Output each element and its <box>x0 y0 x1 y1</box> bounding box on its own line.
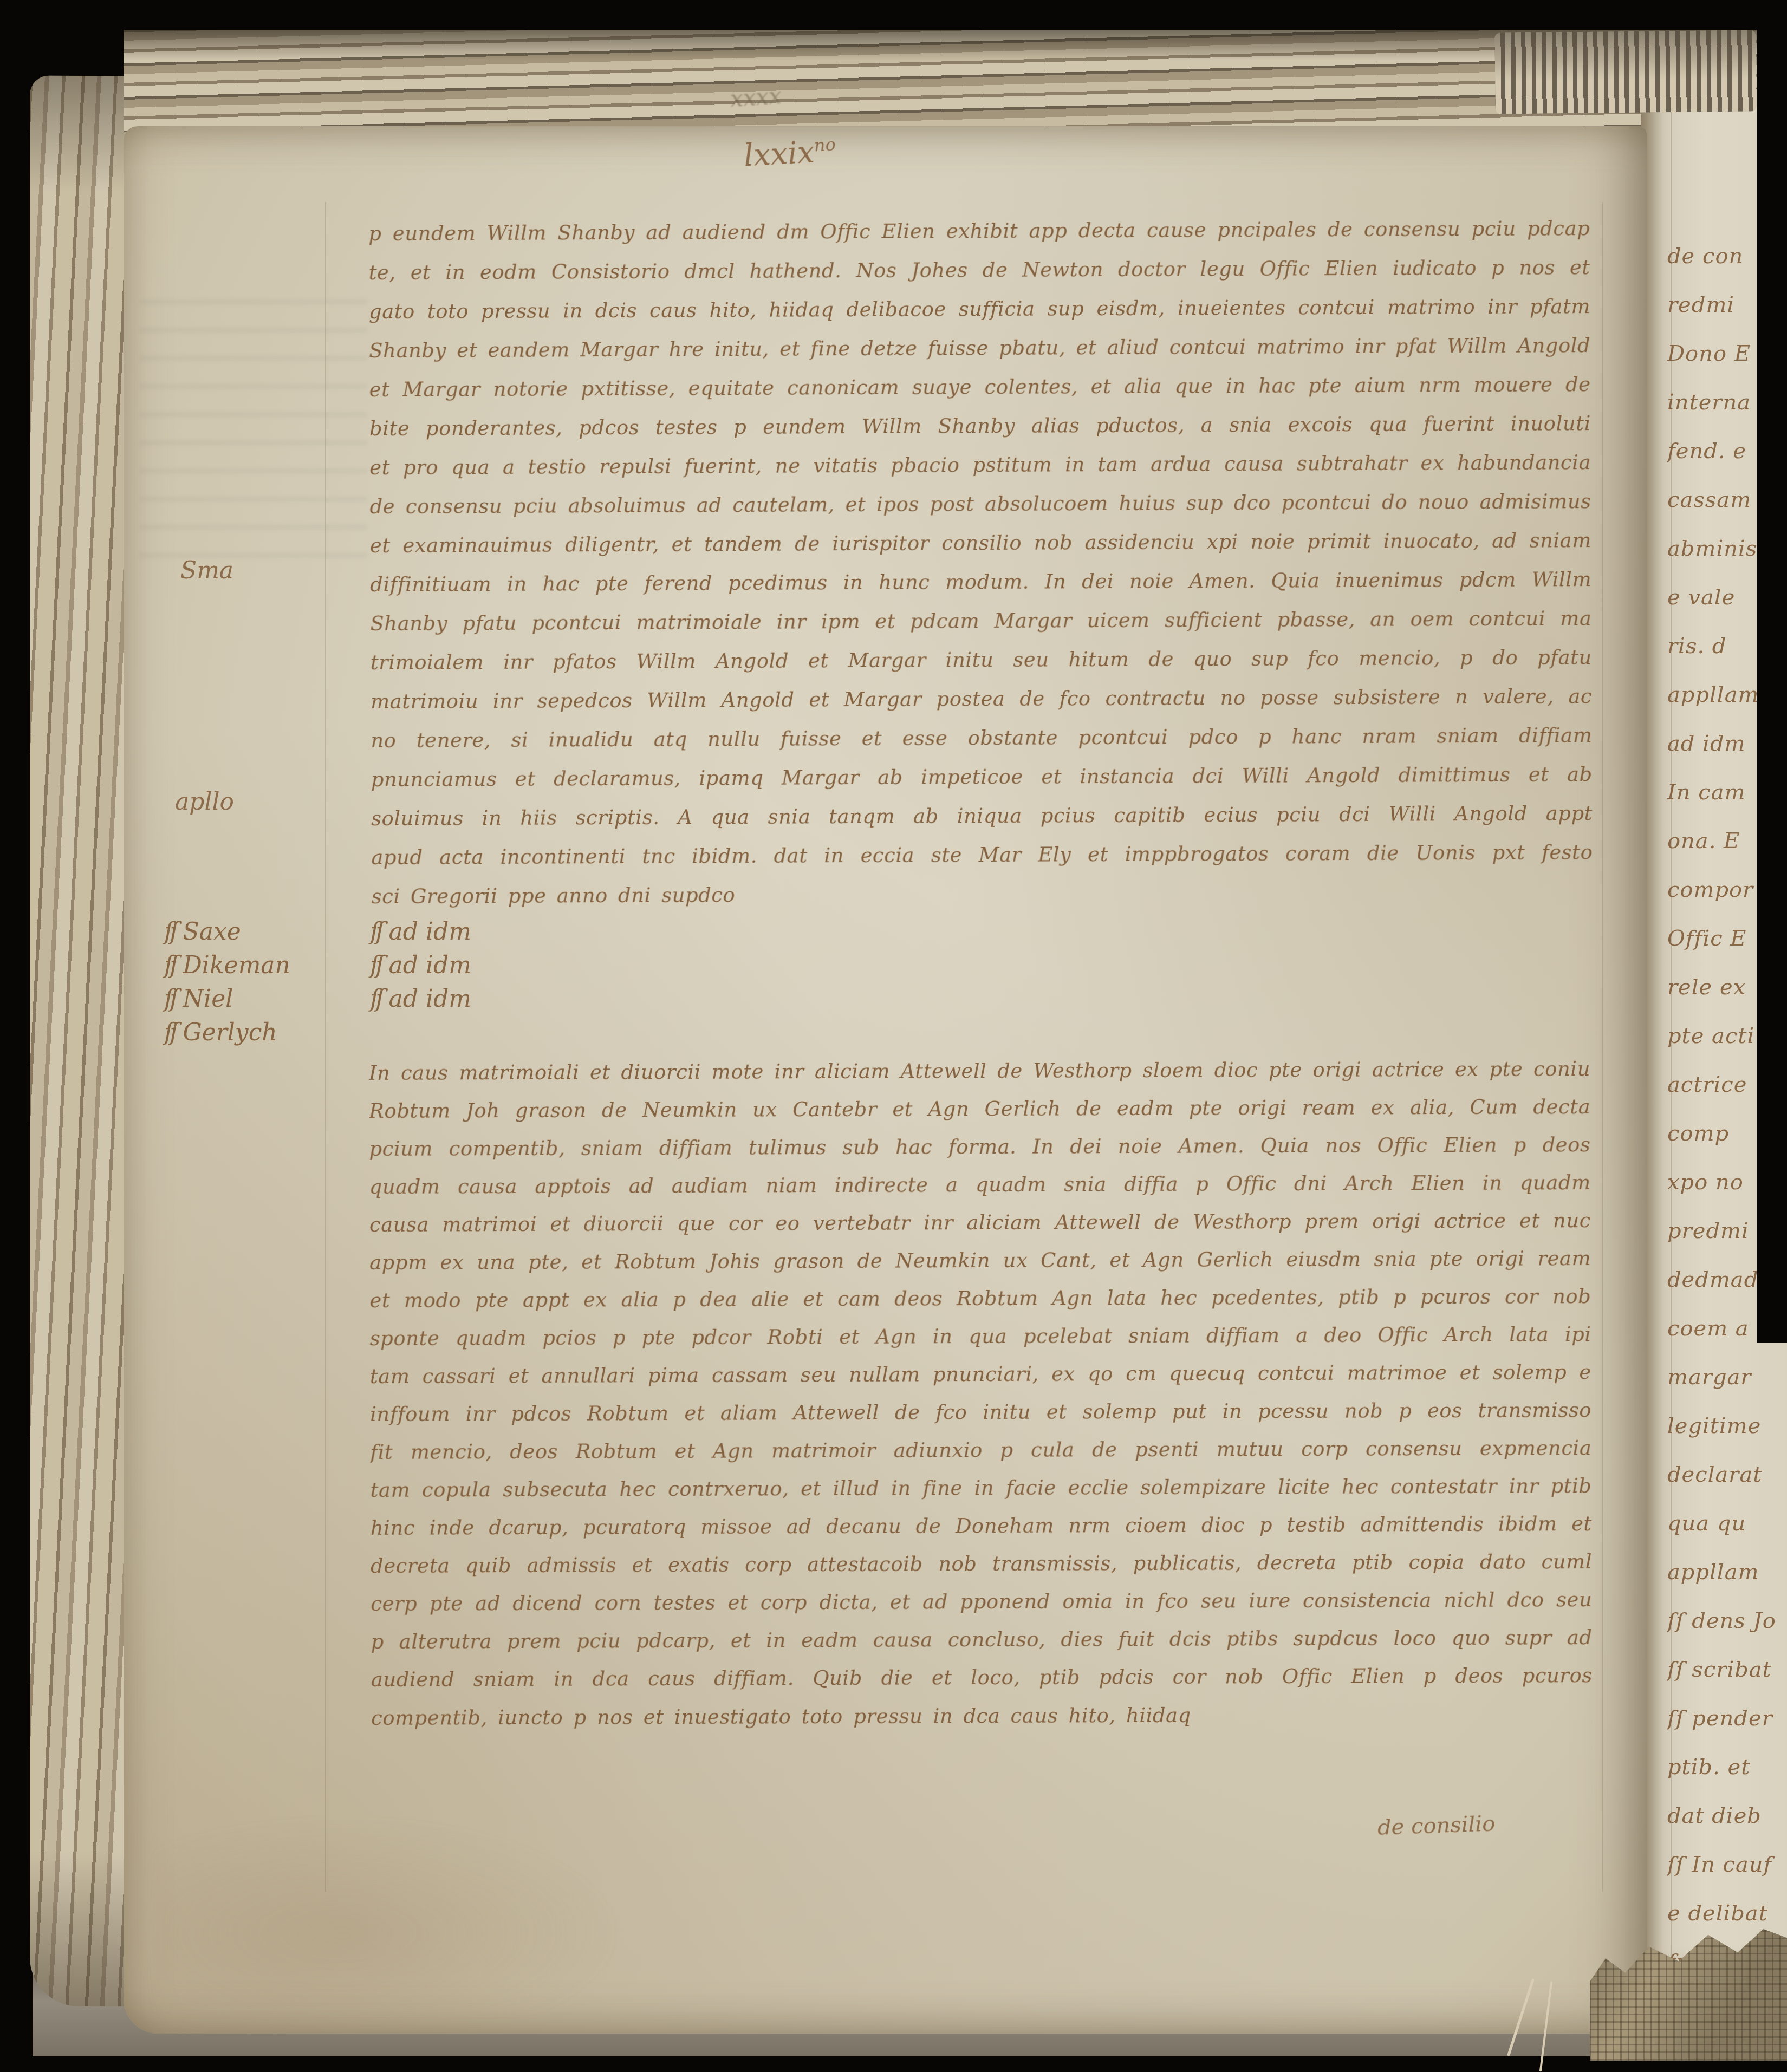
manuscript-text-line: soluimus in hiis scriptis. A qua snia ta… <box>371 794 1593 838</box>
manuscript-text-line: causa matrimoi et diuorcii que cor eo ve… <box>369 1202 1591 1244</box>
entry-2-text-block: In caus matrimoiali et diuorcii mote inr… <box>369 1050 1593 1738</box>
manuscript-text-line: matrimoiu inr sepedcos Willm Angold et M… <box>371 677 1592 721</box>
pilcrow-mark: ſſ <box>164 985 176 1013</box>
ad-idem-label: ad idm <box>389 918 471 946</box>
manuscript-text-line: apud acta incontinenti tnc ibidm. dat in… <box>371 833 1593 877</box>
entry-1-text-block: p eundem Willm Shanby ad audiend dm Offi… <box>368 209 1593 916</box>
margin-name-list: ſſSaxeſſDikemanſſNielſſGerlych <box>164 918 359 1052</box>
manuscript-text-line: cerp pte ad dicend corn testes et corp d… <box>371 1581 1592 1623</box>
margin-name: Dikeman <box>183 952 290 979</box>
manuscript-text-line: decreta quib admissis et exatis corp att… <box>371 1543 1592 1585</box>
manuscript-text-line: de consensu pciu absoluimus ad cautelam,… <box>369 482 1591 526</box>
manuscript-text-line: hinc inde dcarup, pcuratorq missoe ad de… <box>371 1505 1592 1547</box>
manuscript-text-line: no tenere, si inualidu atq nullu fuisse … <box>371 716 1592 760</box>
folio-numeral: lxxix <box>743 135 815 174</box>
manuscript-text-line: pnunciamus et declaramus, ipamq Margar a… <box>371 755 1593 799</box>
ad-idem-entries: ſſad idmſſad idmſſad idm <box>370 918 641 1019</box>
pilcrow-mark: ſſ <box>164 918 176 946</box>
margin-note-appellatio: apllo <box>175 788 234 816</box>
ink-bleed-through-ghost <box>140 299 367 581</box>
manuscript-text-line: Shanby pfatu pcontcui matrimoiale inr ip… <box>370 599 1591 643</box>
ad-idem-label: ad idm <box>389 985 471 1013</box>
margin-name-row: ſſDikeman <box>164 952 359 985</box>
top-edge-ink-mark: xxxx <box>729 82 782 112</box>
entry-2-lines: In caus matrimoiali et diuorcii mote inr… <box>369 1050 1593 1699</box>
manuscript-text-line: et pro qua a testio repulsi fuerint, ne … <box>369 443 1591 487</box>
manuscript-text-line: pcium compentib, sniam diffiam tulimus s… <box>369 1126 1590 1168</box>
ad-idem-row: ſſad idm <box>370 952 641 985</box>
manuscript-text-line: sponte quadm pcios p pte pdcor Robti et … <box>370 1315 1591 1358</box>
manuscript-text-line: audiend sniam in dca caus diffiam. Quib … <box>371 1657 1593 1699</box>
manuscript-text-line: p eundem Willm Shanby ad audiend dm Offi… <box>368 209 1590 253</box>
margin-name: Gerlych <box>183 1019 277 1046</box>
manuscript-text-line: bite ponderantes, pdcos testes p eundem … <box>369 404 1591 448</box>
manuscript-text-line: quadm causa apptois ad audiam niam indir… <box>369 1164 1591 1206</box>
margin-note-sententia: Sma <box>180 557 233 584</box>
facing-page-text-fragment: declarat <box>1667 1462 1787 1511</box>
margin-name: Saxe <box>183 918 241 946</box>
manuscript-text-line: tam cassari et annullari pima cassam seu… <box>370 1353 1591 1396</box>
facing-page-text-fragment: ſſ scribat <box>1667 1657 1787 1706</box>
facing-page-text-fragment: margar <box>1667 1365 1787 1413</box>
manuscript-text-line: et modo pte appt ex alia p dea alie et c… <box>369 1278 1591 1320</box>
manuscript-text-line: fit mencio, deos Robtum et Agn matrimoir… <box>370 1429 1591 1471</box>
manuscript-page: lxxixno Sma apllo ſſSaxeſſDikemanſſNielſ… <box>124 126 1647 2034</box>
pilcrow-mark: ſſ <box>370 918 381 946</box>
binding-headband-threads <box>1494 30 1757 114</box>
manuscript-text-line: Shanby et eandem Margar hre initu, et fi… <box>369 326 1590 370</box>
facing-page-text-fragment: ſſ In cauf <box>1667 1852 1787 1901</box>
facing-page-text-fragment: ptib. et <box>1667 1755 1787 1803</box>
manuscript-text-line: p alterutra prem pciu pdcarp, et in eadm… <box>371 1619 1592 1661</box>
parchment-stain <box>156 1816 622 2011</box>
background-right-strip <box>1757 0 1787 1343</box>
manuscript-text-line: sci Gregorii ppe anno dni supdco <box>372 875 909 916</box>
manuscript-text-line: et examinauimus diligentr, et tandem de … <box>370 521 1591 565</box>
pilcrow-mark: ſſ <box>164 952 176 979</box>
ad-idem-row: ſſad idm <box>370 918 641 952</box>
ad-idem-row: ſſad idm <box>370 985 641 1019</box>
manuscript-text-line: appm ex una pte, et Robtum Johis grason … <box>369 1240 1591 1282</box>
ad-idem-label: ad idm <box>389 952 471 979</box>
pilcrow-mark: ſſ <box>370 985 381 1013</box>
facing-page-text-fragment: ſſ pender <box>1667 1706 1787 1755</box>
margin-name-row: ſſNiel <box>164 985 359 1019</box>
facing-page-text-fragment: appllam <box>1667 1560 1787 1608</box>
facing-page-text-fragment: qua qu <box>1667 1511 1787 1560</box>
margin-name-row: ſſGerlych <box>164 1019 359 1052</box>
catchword: de consilio <box>1377 1811 1496 1840</box>
margin-name: Niel <box>183 985 233 1013</box>
facing-page-text-fragment: dat dieb <box>1667 1803 1787 1852</box>
right-ruling-line <box>1602 202 1603 1892</box>
margin-name-row: ſſSaxe <box>164 918 359 952</box>
manuscript-text-line: inffoum inr pdcos Robtum et aliam Attewe… <box>370 1391 1591 1434</box>
entry-1-lines: p eundem Willm Shanby ad audiend dm Offi… <box>368 209 1593 877</box>
pilcrow-mark: ſſ <box>164 1019 176 1046</box>
folio-numeral-superscript: no <box>814 134 836 156</box>
facing-page-text-fragment: ſſ dens Jo <box>1667 1608 1787 1657</box>
manuscript-text-line: et Margar notorie pxtitisse, equitate ca… <box>369 365 1590 409</box>
manuscript-text-line: tam copula subsecuta hec contrxeruo, et … <box>370 1467 1591 1509</box>
manuscript-text-line: compentib, iuncto p nos et inuestigato t… <box>371 1696 1190 1738</box>
manuscript-text-line: In caus matrimoiali et diuorcii mote inr… <box>369 1050 1590 1092</box>
manuscript-text-line: Robtum Joh grason de Neumkin ux Cantebr … <box>369 1088 1590 1130</box>
manuscript-text-line: diffinitiuam in hac pte ferend pcedimus … <box>370 560 1591 604</box>
facing-page-text-fragment: legitime <box>1667 1413 1787 1462</box>
manuscript-text-line: gato toto pressu in dcis caus hito, hiid… <box>369 287 1590 331</box>
manuscript-text-line: trimoialem inr pfatos Willm Angold et Ma… <box>371 638 1592 682</box>
folio-number: lxxixno <box>743 134 837 174</box>
pilcrow-mark: ſſ <box>370 952 381 979</box>
manuscript-text-line: te, et in eodm Consistorio dmcl hathend.… <box>368 248 1590 292</box>
